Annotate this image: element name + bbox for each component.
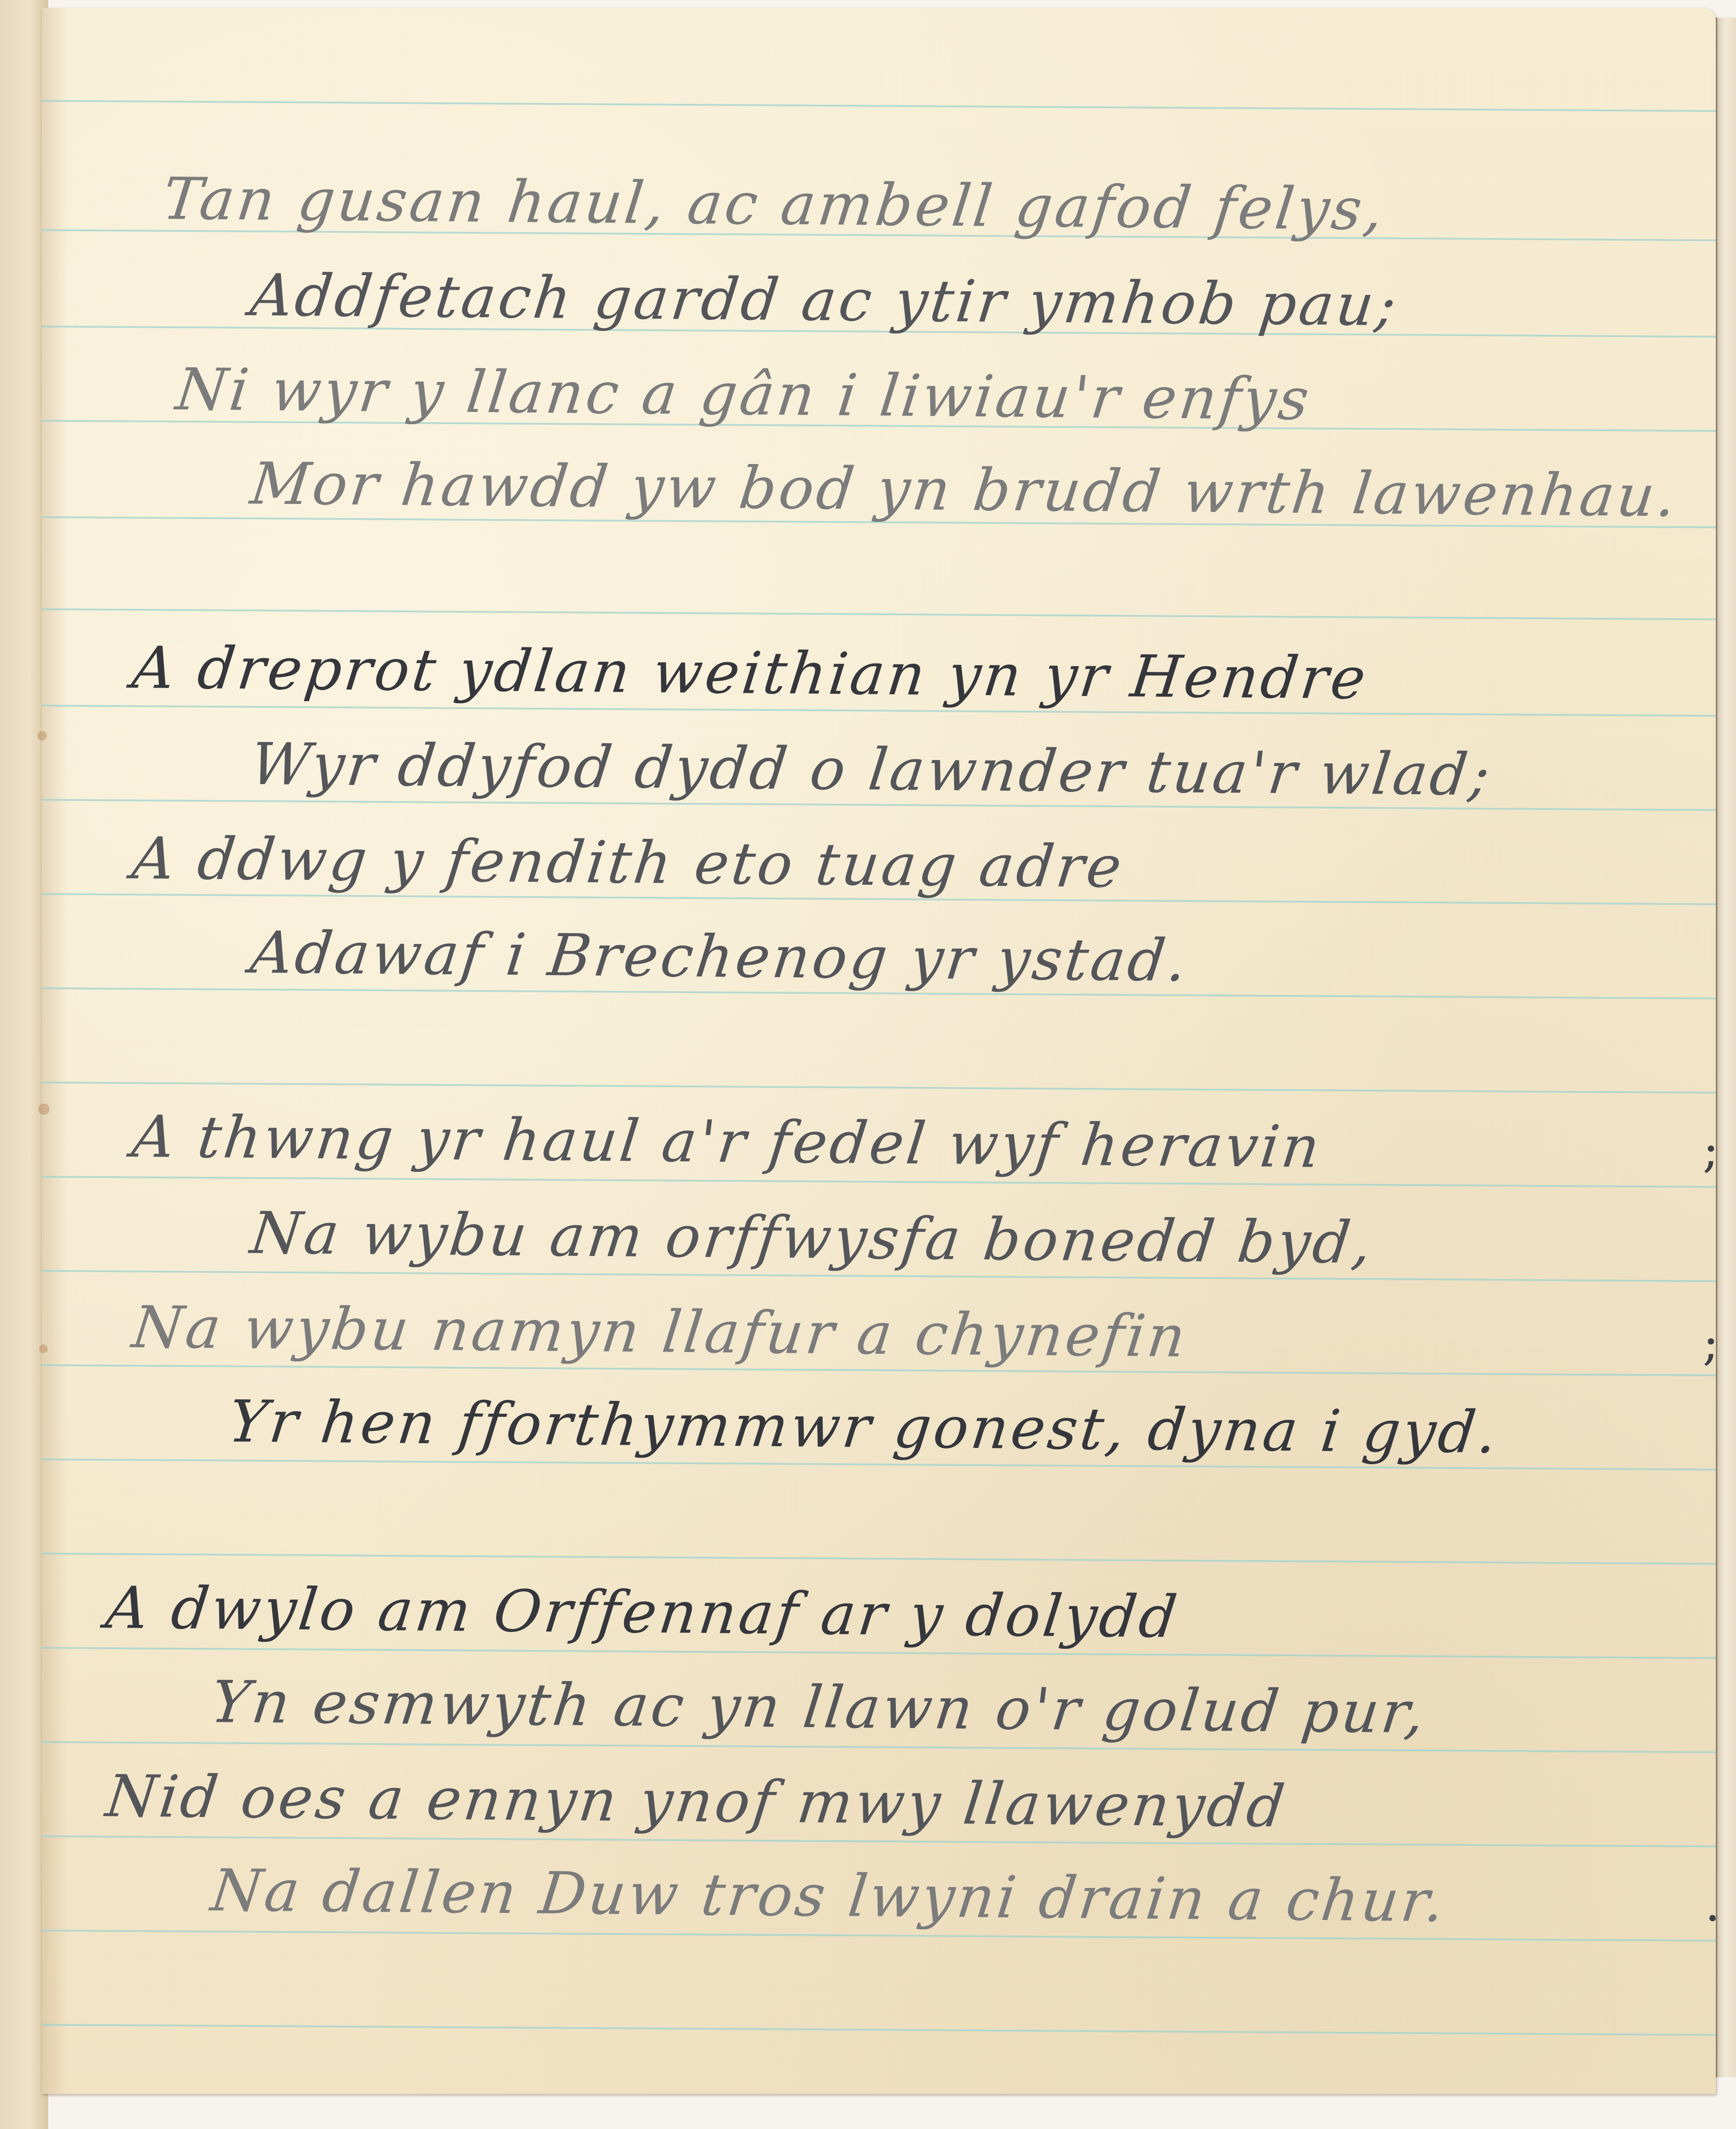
poem-line: Yr hen fforthymmwr gonest, dyna i gyd. — [226, 1393, 1502, 1462]
poem-line: Adawaf i Brechenog yr ystad. — [248, 924, 1192, 990]
notebook-right-edge — [1716, 18, 1736, 2077]
margin-mark: ; — [1703, 1122, 1719, 1178]
poem-line: Nid oes a ennyn ynof mwy llawenydd — [103, 1767, 1290, 1835]
poem-line: Na wybu namyn llafur a chynefin — [129, 1299, 1191, 1366]
poem-line: Wyr ddyfod dydd o lawnder tua'r wlad; — [248, 735, 1495, 804]
poem-line: Na dallen Duw tros lwyni drain a chur. — [208, 1862, 1450, 1930]
poem-line: A thwng yr haul a'r fedel wyf heravin — [129, 1108, 1325, 1176]
poem-line: A dwylo am Orffennaf ar y dolydd — [103, 1579, 1182, 1646]
poem-line: Tan gusan haul, ac ambell gafod felys, — [160, 170, 1388, 238]
margin-mark: . — [1705, 1876, 1720, 1932]
poem-line: A dreprot ydlan weithian yn yr Hendre — [129, 639, 1371, 707]
poem-line: Addfetach gardd ac ytir ymhob pau; — [248, 266, 1402, 334]
poem-line: Ni wyr y llanc a gân i liwiau'r enfys — [173, 361, 1314, 428]
poem-line: Mor hawdd yw bod yn brudd wrth lawenhau. — [248, 455, 1681, 525]
poem-line: Na wybu am orffwysfa bonedd byd, — [248, 1204, 1377, 1272]
poem-line: A ddwg y fendith eto tuag adre — [129, 830, 1127, 896]
poem-body: Tan gusan haul, ac ambell gafod felys, A… — [42, 8, 1716, 2094]
poem-line: Yn esmwyth ac yn llawn o'r golud pur, — [208, 1673, 1430, 1742]
margin-mark: ; — [1703, 1315, 1719, 1371]
notebook-page: Tan gusan haul, ac ambell gafod felys, A… — [42, 8, 1716, 2094]
underlying-page-edge — [0, 0, 48, 2129]
